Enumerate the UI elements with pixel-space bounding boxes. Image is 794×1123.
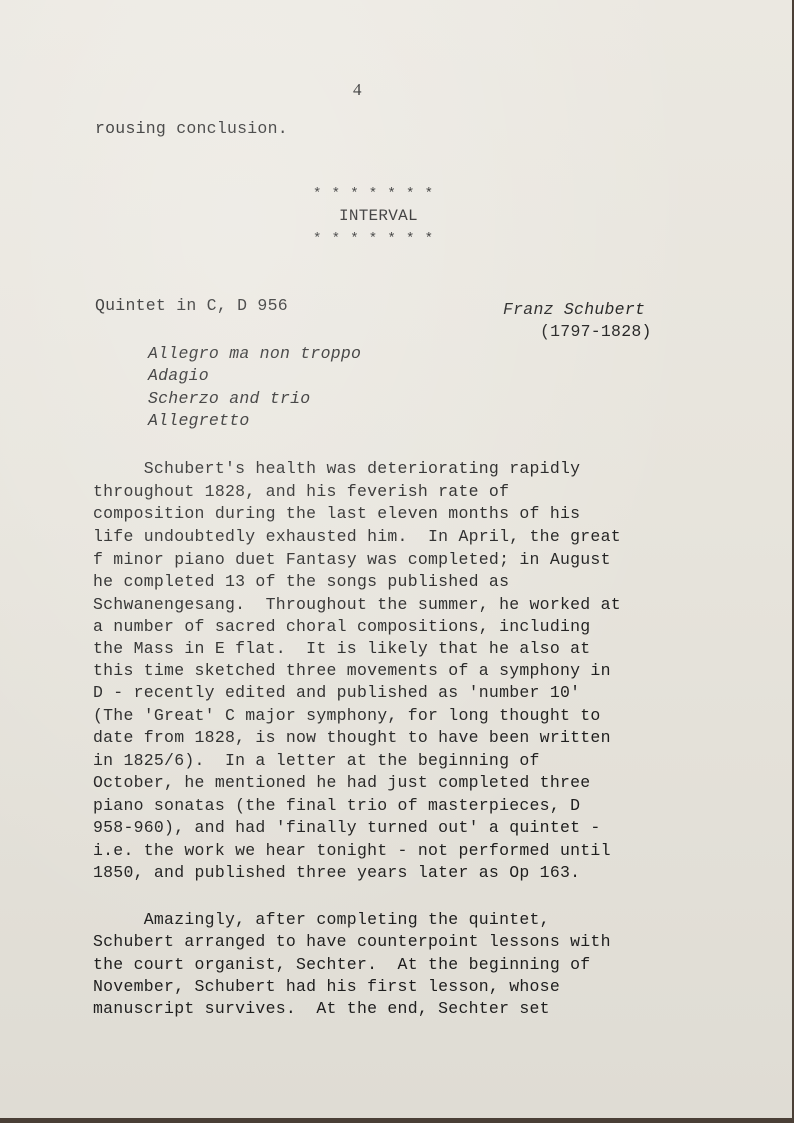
paragraph-line: Amazingly, after completing the quintet,	[93, 910, 550, 930]
paragraph-line: manuscript survives. At the end, Sechter…	[93, 999, 550, 1019]
paragraph-line: the court organist, Sechter. At the begi…	[93, 955, 590, 975]
paragraph-line: he completed 13 of the songs published a…	[93, 572, 509, 592]
paragraph-line: the Mass in E flat. It is likely that he…	[93, 639, 590, 659]
paragraph-line: throughout 1828, and his feverish rate o…	[93, 482, 509, 502]
paragraph-line: composition during the last eleven month…	[93, 504, 580, 524]
paragraph-line: i.e. the work we hear tonight - not perf…	[93, 841, 611, 861]
paragraph-line: Schwanengesang. Throughout the summer, h…	[93, 595, 621, 615]
carryover-text: rousing conclusion.	[95, 119, 288, 139]
movement-item: Scherzo and trio	[148, 389, 310, 409]
movement-item: Allegro ma non troppo	[148, 344, 361, 364]
movement-item: Allegretto	[148, 411, 250, 431]
paragraph-line: (The 'Great' C major symphony, for long …	[93, 706, 601, 726]
paragraph-line: Schubert arranged to have counterpoint l…	[93, 932, 611, 952]
document-page: 4 rousing conclusion. * * * * * * * INTE…	[0, 0, 792, 1118]
paragraph-line: date from 1828, is now thought to have b…	[93, 728, 611, 748]
paragraph-line: life undoubtedly exhausted him. In April…	[93, 527, 621, 547]
stars-divider-bottom: * * * * * * *	[313, 229, 434, 249]
work-title: Quintet in C, D 956	[95, 296, 288, 316]
paragraph-line: 1850, and published three years later as…	[93, 863, 580, 883]
paragraph-line: this time sketched three movements of a …	[93, 661, 611, 681]
paragraph-line: November, Schubert had his first lesson,…	[93, 977, 560, 997]
composer-dates: (1797-1828)	[540, 322, 652, 342]
page-number: 4	[353, 80, 362, 100]
composer-name: Franz Schubert	[503, 300, 645, 320]
paragraph-line: 958-960), and had 'finally turned out' a…	[93, 818, 601, 838]
paragraph-line: Schubert's health was deteriorating rapi…	[93, 459, 580, 479]
interval-heading: INTERVAL	[339, 206, 418, 226]
paragraph-line: f minor piano duet Fantasy was completed…	[93, 550, 611, 570]
paragraph-line: in 1825/6). In a letter at the beginning…	[93, 751, 540, 771]
movement-item: Adagio	[148, 366, 209, 386]
paragraph-line: a number of sacred choral compositions, …	[93, 617, 590, 637]
paragraph-line: D - recently edited and published as 'nu…	[93, 683, 580, 703]
paragraph-line: October, he mentioned he had just comple…	[93, 773, 590, 793]
paragraph-line: piano sonatas (the final trio of masterp…	[93, 796, 580, 816]
stars-divider-top: * * * * * * *	[313, 184, 434, 204]
